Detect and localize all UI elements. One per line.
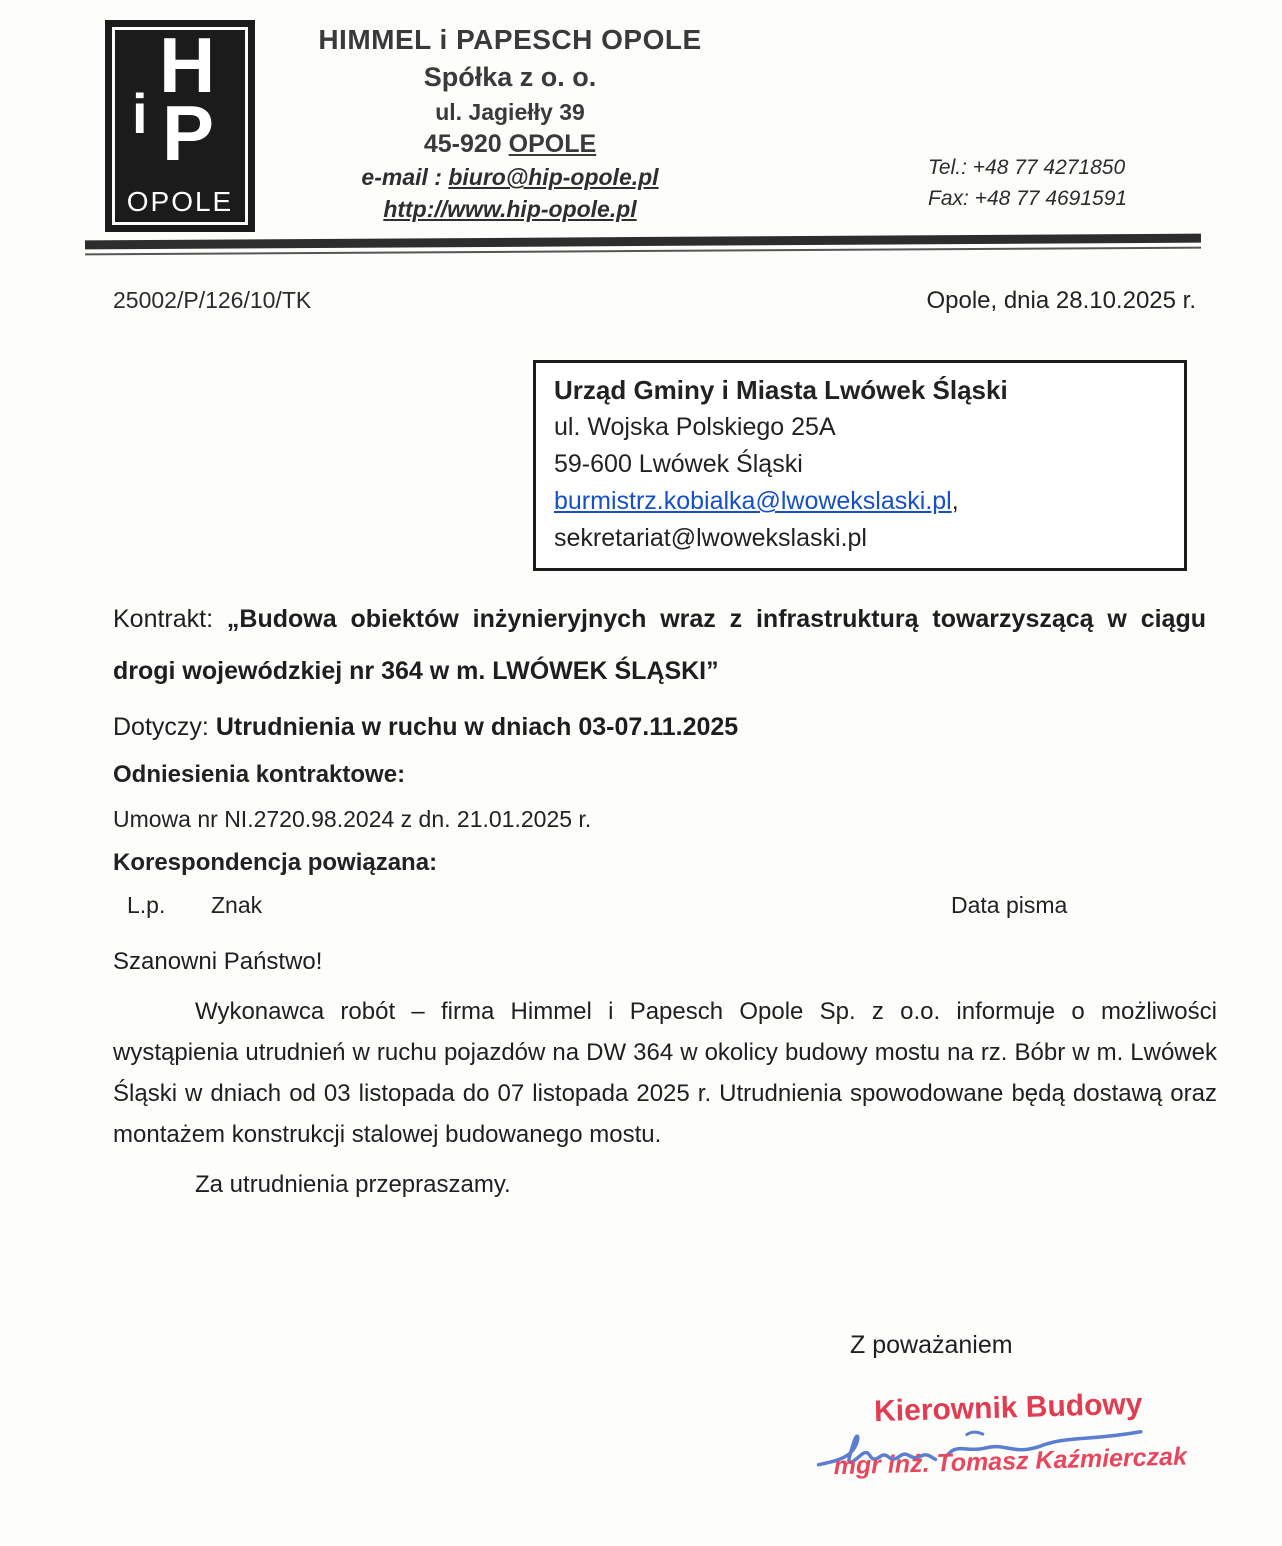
contract-subject: Kontrakt: „Budowa obiektów inżynieryjnyc…: [113, 593, 1206, 697]
column-data-pisma: Data pisma: [951, 892, 1067, 919]
recipient-email-secondary: sekretariat@lwowekslaski.pl: [554, 520, 1166, 557]
letter-body: Szanowni Państwo! Wykonawca robót – firm…: [113, 948, 1217, 1199]
company-tel: Tel.: +48 77 4271850: [928, 152, 1228, 183]
apology-line: Za utrudnienia przepraszamy.: [113, 1171, 1217, 1199]
main-paragraph: Wykonawca robót – firma Himmel i Papesch…: [113, 991, 1217, 1155]
company-street: ul. Jagiełły 39: [280, 99, 740, 126]
logo-caption: OPOLE: [105, 186, 255, 218]
recipient-street: ul. Wojska Polskiego 25A: [554, 409, 1166, 446]
correspondence-table-header: L.p. Znak Data pisma: [113, 892, 1206, 922]
logo-letter-p: P: [162, 94, 214, 172]
logo-letter-i: i: [132, 86, 148, 142]
company-website: http://www.hip-opole.pl: [383, 196, 636, 222]
postal-city: OPOLE: [509, 130, 597, 158]
regarding-text: Utrudnienia w ruchu w dniach 03-07.11.20…: [216, 713, 738, 741]
column-znak: Znak: [211, 892, 262, 919]
signature-block: Kierownik Budowy mgr inż. Tomasz Kaźmier…: [814, 1381, 1162, 1501]
reference-date-row: 25002/P/126/10/TK Opole, dnia 28.10.2025…: [113, 287, 1196, 315]
regarding-label: Dotyczy:: [113, 713, 209, 741]
company-postal-city: 45-920 OPOLE: [280, 130, 740, 159]
reference-number: 25002/P/126/10/TK: [113, 287, 311, 314]
recipient-postal-city: 59-600 Lwówek Śląski: [554, 446, 1166, 483]
company-logo: H i P OPOLE: [105, 20, 255, 232]
place-and-date: Opole, dnia 28.10.2025 r.: [926, 287, 1196, 315]
email-separator: ,: [952, 487, 959, 515]
contract-title: „Budowa obiektów inżynieryjnych wraz z i…: [113, 605, 1206, 685]
correspondence-heading: Korespondencja powiązana:: [113, 849, 1206, 877]
column-lp: L.p.: [127, 892, 165, 919]
recipient-address-box: Urząd Gminy i Miasta Lwówek Śląski ul. W…: [533, 360, 1187, 571]
contract-label: Kontrakt:: [113, 605, 213, 633]
references-heading: Odniesienia kontraktowe:: [113, 761, 1206, 789]
company-name: HIMMEL i PAPESCH OPOLE: [280, 24, 740, 56]
contract-reference: Umowa nr NI.2720.98.2024 z dn. 21.01.202…: [113, 806, 1206, 833]
company-email: biuro@hip-opole.pl: [448, 164, 658, 190]
postal-code: 45-920: [424, 130, 509, 158]
recipient-name: Urząd Gminy i Miasta Lwówek Śląski: [554, 372, 1166, 409]
regarding-line: Dotyczy: Utrudnienia w ruchu w dniach 03…: [113, 713, 1206, 742]
email-label: e-mail :: [361, 164, 448, 190]
letterhead-divider: [85, 234, 1201, 256]
recipient-email-primary-line: burmistrz.kobialka@lwowekslaski.pl,: [554, 483, 1166, 520]
salutation: Szanowni Państwo!: [113, 948, 1217, 976]
company-address-block: HIMMEL i PAPESCH OPOLE Spółka z o. o. ul…: [280, 24, 740, 223]
closing-phrase: Z poważaniem: [850, 1331, 1013, 1360]
company-fax: Fax: +48 77 4691591: [928, 183, 1228, 214]
contract-references-section: Odniesienia kontraktowe: Umowa nr NI.272…: [113, 761, 1206, 922]
company-website-line: http://www.hip-opole.pl: [280, 196, 740, 223]
scanned-letter-page: H i P OPOLE HIMMEL i PAPESCH OPOLE Spółk…: [0, 0, 1282, 1546]
recipient-email-link[interactable]: burmistrz.kobialka@lwowekslaski.pl: [554, 487, 952, 515]
company-email-line: e-mail : biuro@hip-opole.pl: [280, 164, 740, 191]
company-legal-form: Spółka z o. o.: [280, 62, 740, 93]
company-phone-block: Tel.: +48 77 4271850 Fax: +48 77 4691591: [928, 152, 1228, 214]
